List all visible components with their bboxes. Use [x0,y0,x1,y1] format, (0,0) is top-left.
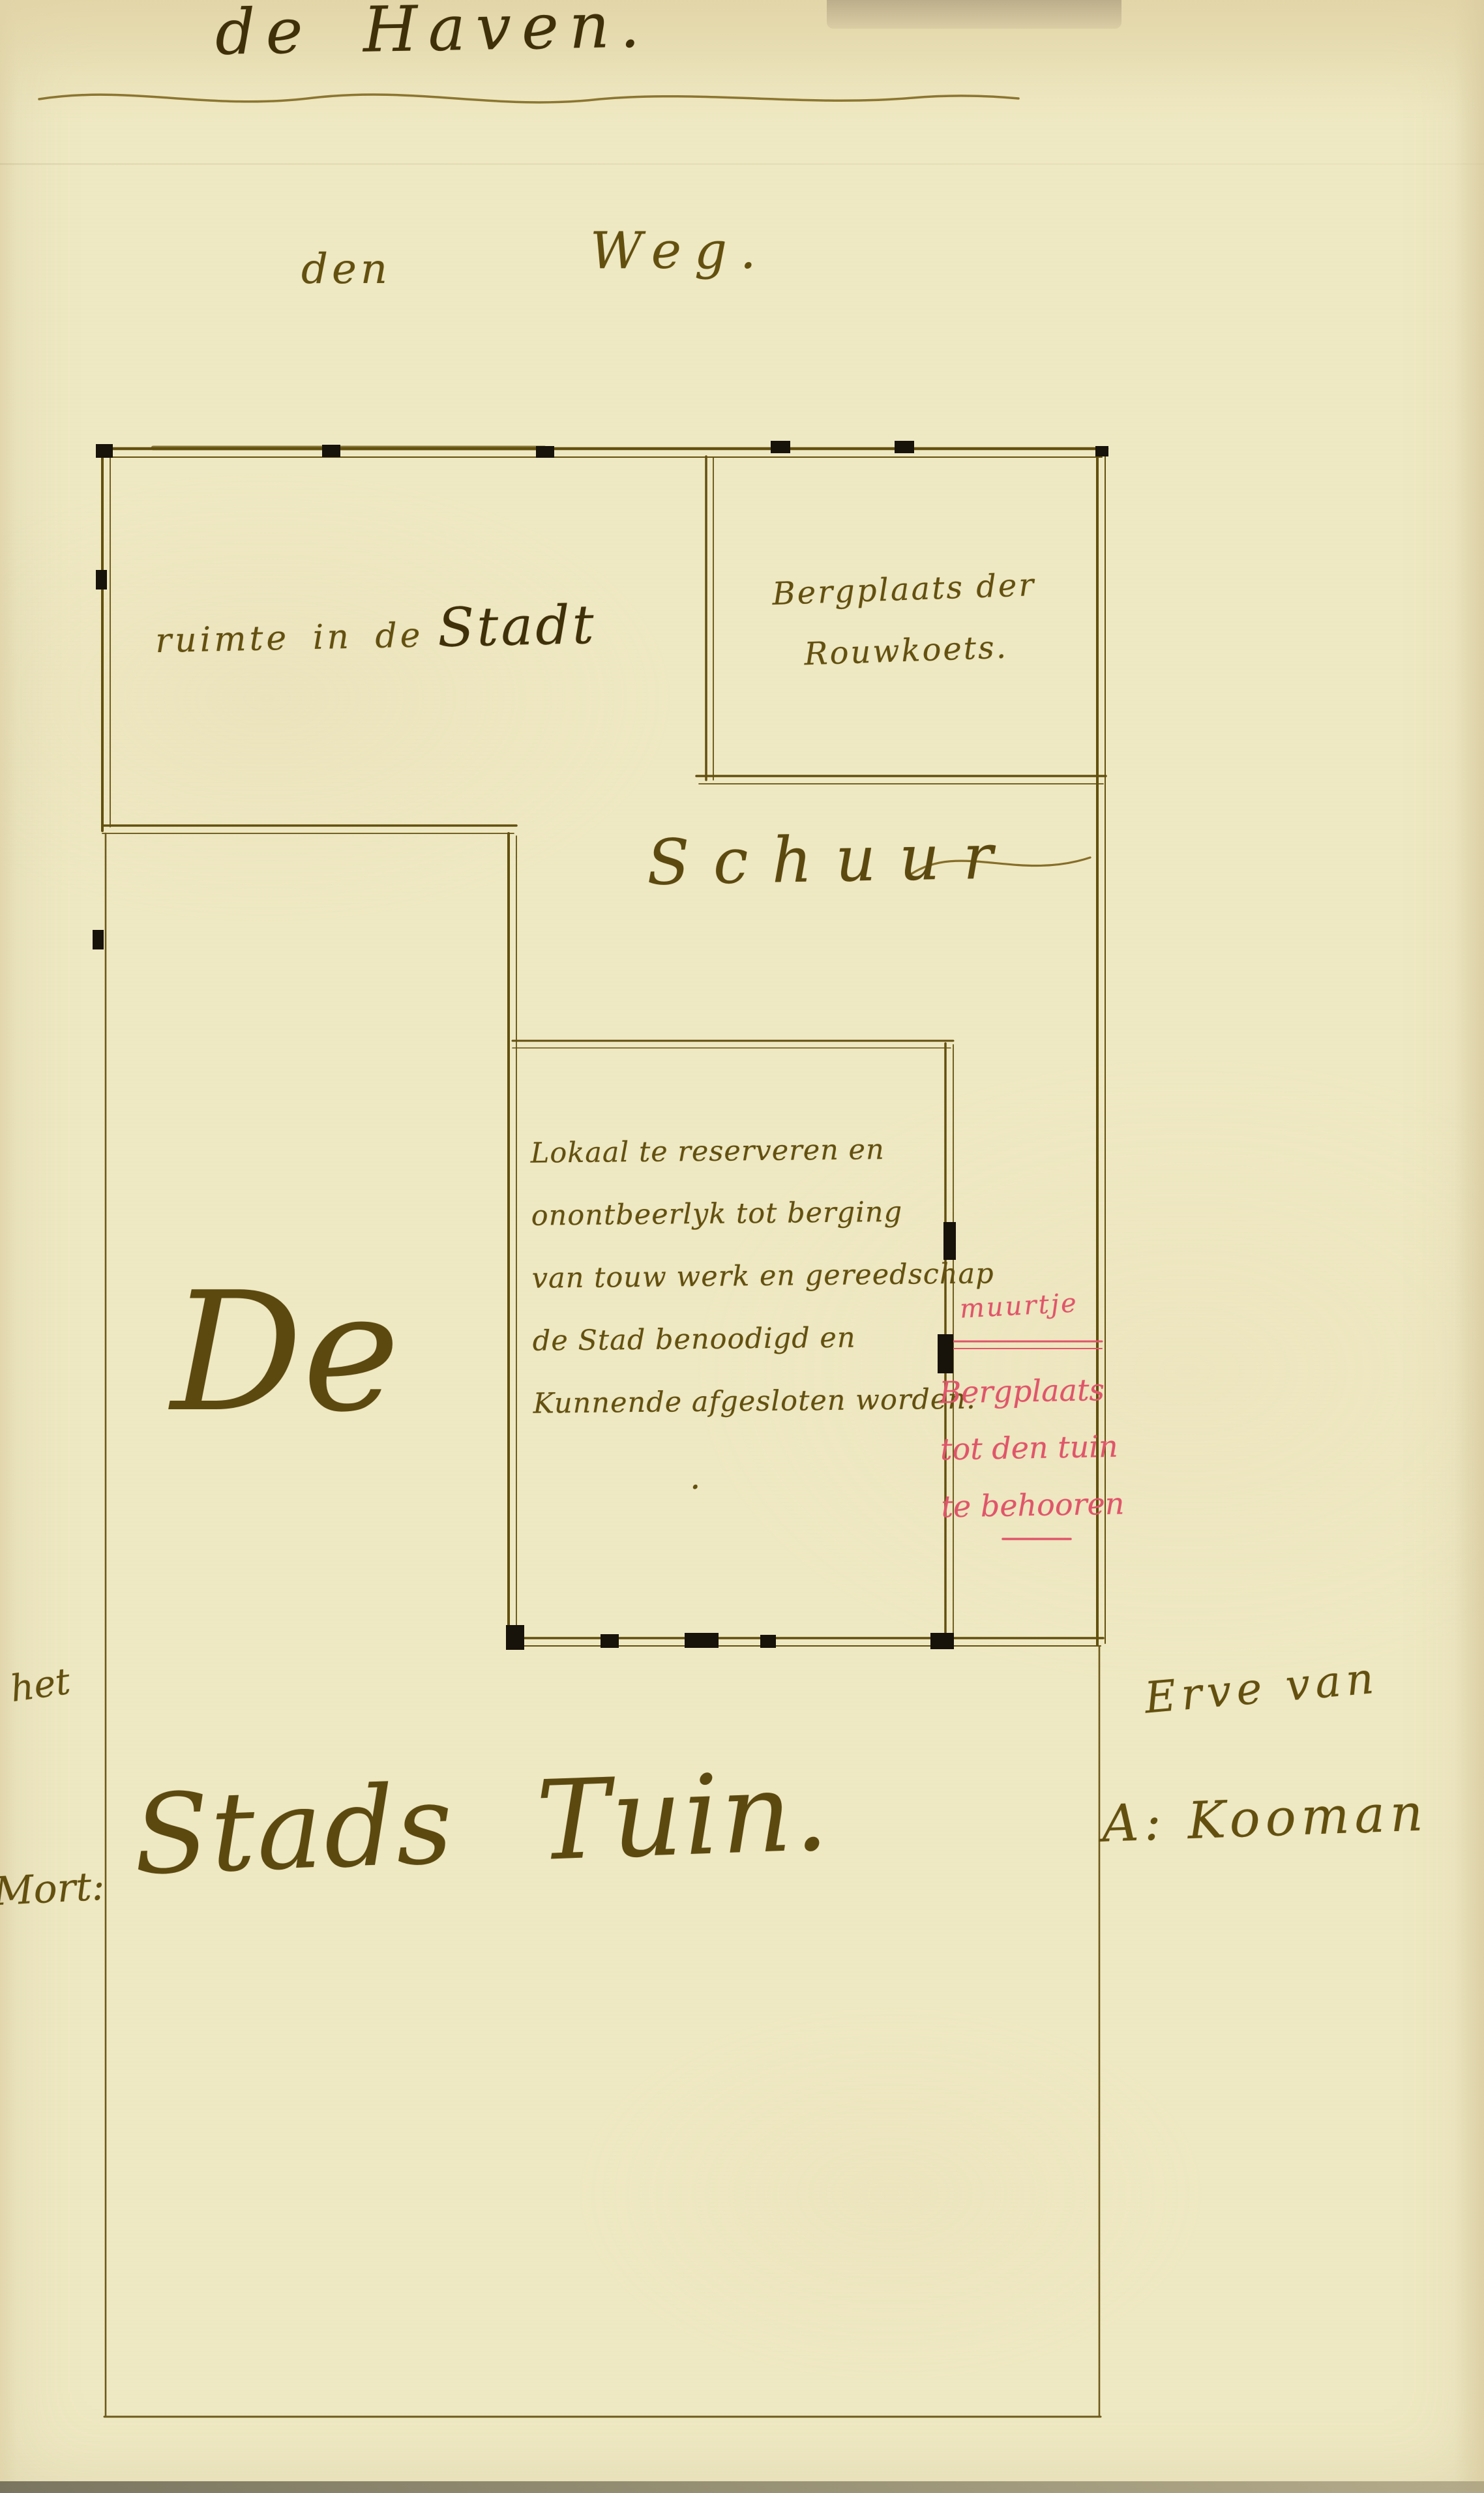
room-label-bergplaats-rouwkoets: Bergplaats der Rouwkoets. [720,553,1090,688]
garden-label-stads-tuin: Stads Tuin. [132,1747,833,1899]
lokaal-note: Lokaal te reserveren en onontbeerlyk tot… [531,1132,996,1450]
room-label-ruimte-emph: Stadt [437,594,597,659]
red-area-line: Bergplaats [939,1362,1123,1422]
red-label-muurtje: muurtje [959,1288,1079,1324]
road-label-article: den [301,245,391,293]
room-label-ruimte-prefix: ruimte in de [155,616,424,661]
garden-label-de: De [171,1257,400,1448]
road-label-name: Weg. [590,222,769,280]
left-margin-het: het [8,1660,73,1710]
red-area-line: te behooren [941,1475,1125,1535]
garden-boundary [104,833,1101,2417]
lokaal-note-period: . [690,1458,701,1497]
page-title: de Haven. [215,0,651,69]
red-area-line: tot den tuin [940,1418,1123,1478]
manuscript-page: de Haven. den Weg. ruimte in de Stadt Be… [0,0,1484,2493]
lokaal-note-line: Lokaal te reserveren en [531,1132,994,1199]
bergplaats-line-2: Rouwkoets. [722,614,1090,688]
room-label-ruimte: ruimte in de Stadt [155,594,597,665]
neighbor-label-kooman: A: Kooman [1101,1784,1429,1853]
title-flourish-line [39,95,1090,875]
lokaal-note-line: onontbeerlyk tot berging [531,1195,994,1262]
bergplaats-line-1: Bergplaats der [720,553,1088,627]
left-margin-mort: Mort: [0,1864,106,1915]
lokaal-note-line: Kunnende afgesloten worden. [533,1382,996,1450]
lokaal-note-line: van touw werk en gereedschap [532,1257,995,1324]
lokaal-note-line: de Stad benoodigd en [533,1320,996,1387]
building-label-schuur: Schuur [646,820,1017,899]
red-label-bergplaats-tuin: Bergplaats tot den tuin te behooren [939,1362,1125,1536]
